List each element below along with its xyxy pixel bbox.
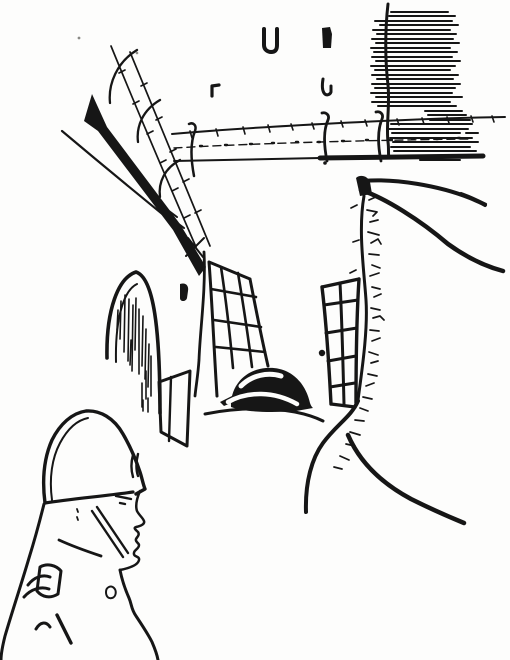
ink-speck-2 xyxy=(78,37,81,40)
sketch-canvas: Pen-and-ink sketch: a prison-like yard s… xyxy=(0,0,510,660)
distant-window-block xyxy=(322,27,332,48)
paper-background xyxy=(0,0,510,660)
window-right-knob xyxy=(319,350,325,356)
ink-speck-3 xyxy=(136,52,139,55)
ink-speck-1 xyxy=(323,161,327,165)
sketch-page: Pen-and-ink sketch: a prison-like yard s… xyxy=(0,0,510,660)
